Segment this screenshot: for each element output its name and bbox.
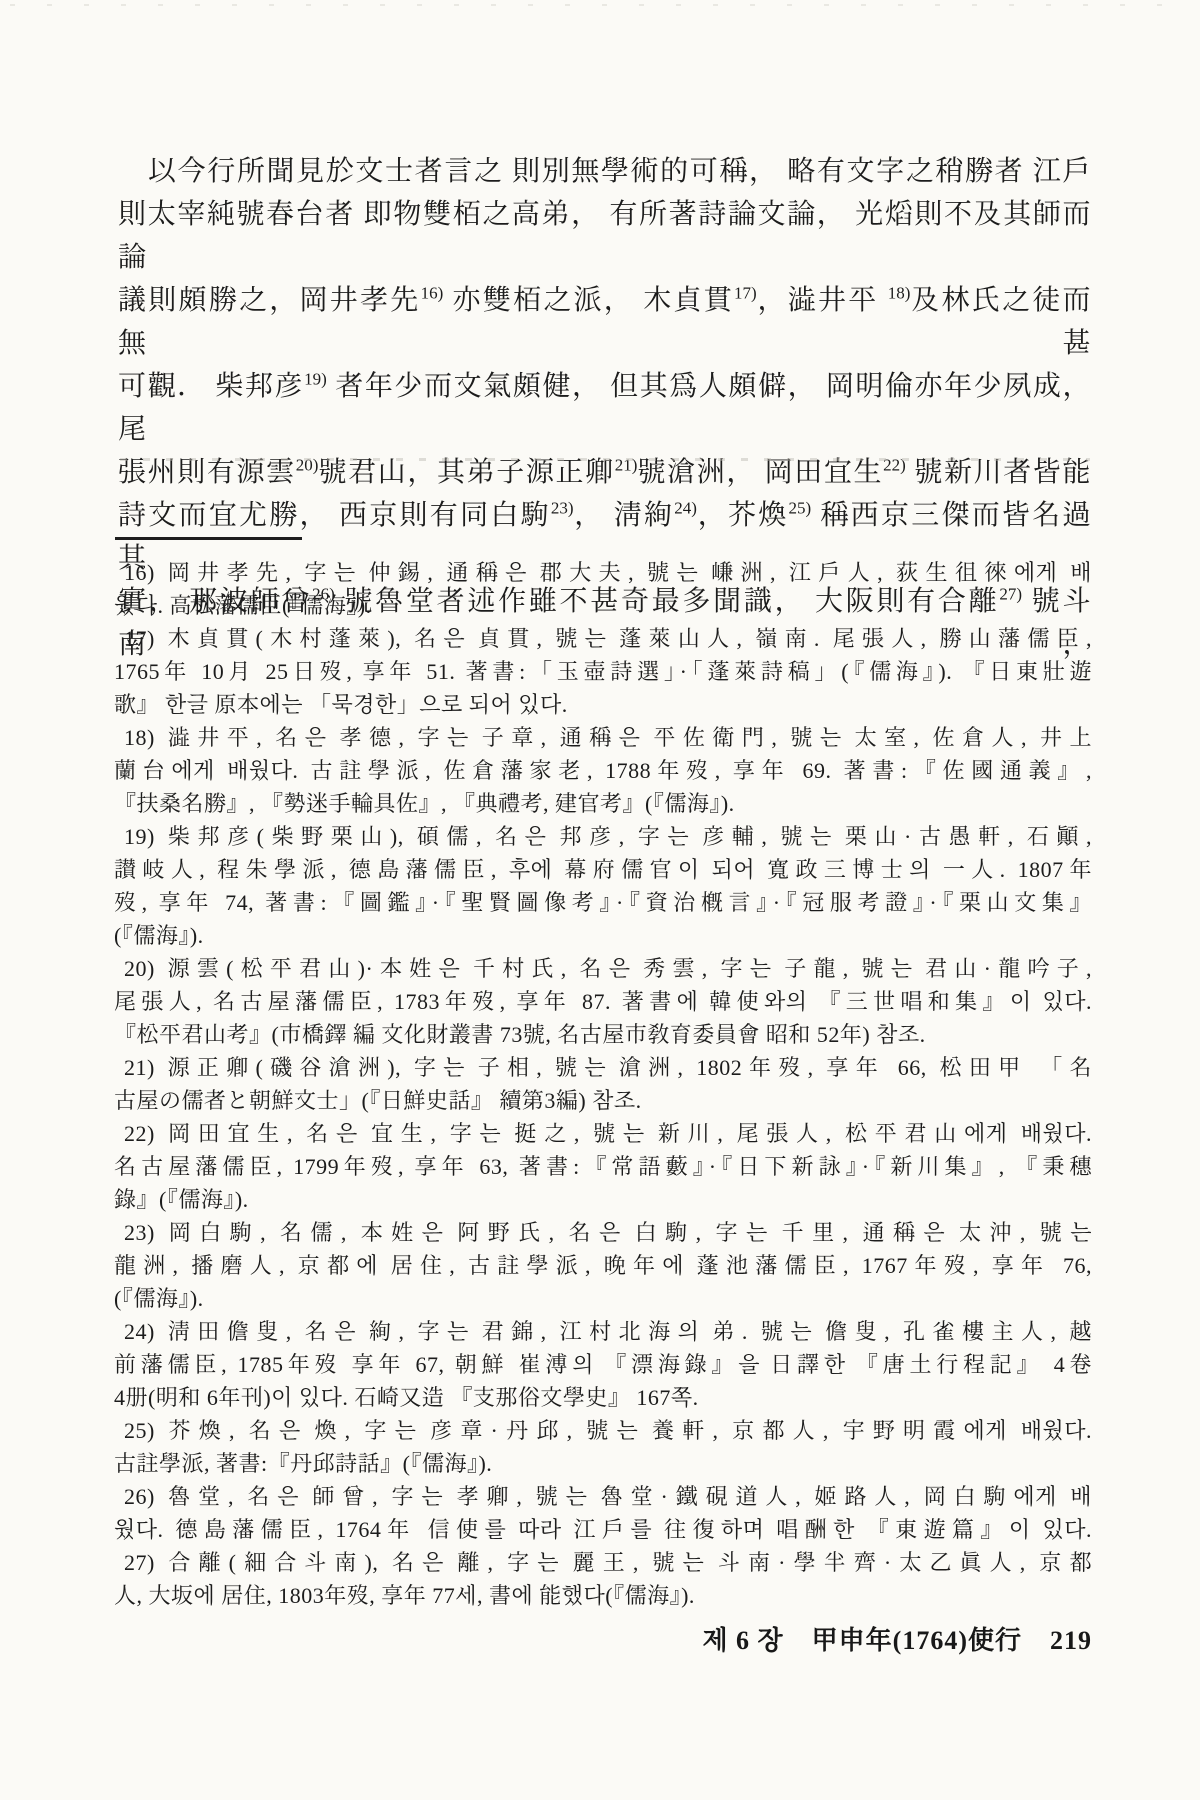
footnote-line: 『松平君山考』(市橋鐸 編 文化財叢書 73號, 名古屋市敎育委員會 昭和 52…	[114, 1018, 1092, 1051]
footnote-22: 22) 岡田宜生, 名은 宜生, 字는 挺之, 號는 新川, 尾張人, 松平君山…	[114, 1117, 1092, 1216]
text-segment: 則太宰純號春台者 即物雙栢之高弟， 有所著詩論文論， 光熖則不及其師而論	[118, 199, 1092, 273]
footer-title: 甲申年(1764)使行	[812, 1620, 1022, 1657]
footnote-line: 歿, 享年 74, 著書:『圖鑑』·『聖賢圖像考』·『資治槪言』·『冠服考證』·…	[114, 886, 1092, 919]
footnote-line: 4册(明和 6年刊)이 있다. 石崎又造 『支那俗文學史』 167쪽.	[114, 1381, 1092, 1414]
scanned-book-page: 以今行所聞見於文士者言之 則別無學術的可稱， 略有文字之稍勝者 江戶則太宰純號春…	[0, 0, 1200, 1800]
footnote-separator	[115, 537, 302, 540]
footnote-20: 20) 源雲(松平君山)·本姓은 千村氏, 名은 秀雲, 字는 子龍, 號는 君…	[114, 952, 1092, 1051]
footnote-line: 21) 源正卿(磯谷滄洲), 字는 子相, 號는 滄洲, 1802年歿, 享年 …	[114, 1051, 1092, 1084]
text-segment: ， 淸絢	[574, 500, 675, 531]
footnote-line: (『儒海』).	[114, 919, 1092, 952]
footnote-line: 蘭台에게 배웠다. 古註學派, 佐倉藩家老, 1788年歿, 享年 69. 著書…	[114, 754, 1092, 787]
footnote-line: 古註學派, 著書:『丹邱詩話』(『儒海』).	[114, 1447, 1092, 1480]
footnote-ref: 25)	[789, 499, 812, 518]
footnote-21: 21) 源正卿(磯谷滄洲), 字는 子相, 號는 滄洲, 1802年歿, 享年 …	[114, 1051, 1092, 1117]
footnote-line: 前藩儒臣, 1785年歿 享年 67, 朝鮮 崔溥의 『漂海錄』을 日譯한 『唐…	[114, 1348, 1092, 1381]
footnote-line: 19) 柴邦彦(柴野栗山), 碩儒, 名은 邦彦, 字는 彦輔, 號는 栗山·古…	[114, 820, 1092, 853]
footnote-line: 歌』 한글 原本에는 「묵경한」으로 되어 있다.	[114, 688, 1092, 721]
footnote-ref: 17)	[734, 284, 757, 303]
footnote-line: 『扶桑名勝』, 『勢迷手輪具佐』, 『典禮考, 建官考』(『儒海』).	[114, 787, 1092, 820]
text-segment: 可觀． 柴邦彦	[118, 371, 304, 402]
footnote-ref: 18)	[888, 284, 911, 303]
text-segment: 亦雙栢之派， 木貞貫	[443, 285, 734, 316]
footnote-26: 26) 魯堂, 名은 師曾, 字는 孝卿, 號는 魯堂·鐵硯道人, 姬路人, 岡…	[114, 1480, 1092, 1546]
footnote-ref: 16)	[421, 284, 444, 303]
footnote-line: (『儒海』).	[114, 1282, 1092, 1315]
footnote-17: 17) 木貞貫(木村蓬萊), 名은 貞貫, 號는 蓬萊山人, 嶺南. 尾張人, …	[114, 622, 1092, 721]
text-segment: 號君山，其弟子源正卿	[318, 457, 614, 488]
main-text-line: 則太宰純號春台者 即物雙栢之高弟， 有所著詩論文論， 光熖則不及其師而論	[118, 193, 1092, 279]
text-segment: 號新川者皆能	[906, 457, 1092, 488]
footnote-line: 1765年 10月 25日歿, 享年 51. 著書:「玉壺詩選」·「蓬萊詩稿」(…	[114, 655, 1092, 688]
footnote-line: 24) 淸田儋叟, 名은 絢, 字는 君錦, 江村北海의 弟. 號는 儋叟, 孔…	[114, 1315, 1092, 1348]
footer-page-number: 219	[1050, 1626, 1092, 1656]
footnote-24: 24) 淸田儋叟, 名은 絢, 字는 君錦, 江村北海의 弟. 號는 儋叟, 孔…	[114, 1315, 1092, 1414]
footnote-line: 웠다. 高松藩儒臣(『儒海』).	[114, 589, 1092, 622]
footnote-line: 20) 源雲(松平君山)·本姓은 千村氏, 名은 秀雲, 字는 子龍, 號는 君…	[114, 952, 1092, 985]
footer-chapter: 제 6 장	[702, 1620, 783, 1657]
footnote-ref: 19)	[304, 370, 327, 389]
scan-artifact-line	[120, 458, 1090, 461]
footnote-line: 人, 大坂에 居住, 1803年歿, 享年 77세, 書에 能했다(『儒海』).	[114, 1579, 1092, 1612]
footnote-19: 19) 柴邦彦(柴野栗山), 碩儒, 名은 邦彦, 字는 彦輔, 號는 栗山·古…	[114, 820, 1092, 952]
footnote-line: 17) 木貞貫(木村蓬萊), 名은 貞貫, 號는 蓬萊山人, 嶺南. 尾張人, …	[114, 622, 1092, 655]
footnote-line: 讃岐人, 程朱學派, 德島藩儒臣, 후에 幕府儒官이 되어 寬政三博士의 一人.…	[114, 853, 1092, 886]
text-segment: ，芥煥	[697, 500, 789, 531]
footnote-line: 18) 澁井平, 名은 孝德, 字는 子章, 通稱은 平佐衛門, 號는 太室, …	[114, 721, 1092, 754]
main-text-line: 議則頗勝之，岡井孝先16) 亦雙栢之派， 木貞貫17)，澁井平 18)及林氏之徒…	[118, 279, 1092, 365]
footnote-ref: 24)	[674, 499, 697, 518]
footnote-ref: 23)	[551, 499, 574, 518]
text-segment: 號滄洲， 岡田宜生	[637, 457, 883, 488]
footnote-line: 龍洲, 播磨人, 京都에 居住, 古註學派, 晚年에 蓬池藩儒臣, 1767年歿…	[114, 1249, 1092, 1282]
footnote-line: 錄』(『儒海』).	[114, 1183, 1092, 1216]
footnote-line: 26) 魯堂, 名은 師曾, 字는 孝卿, 號는 魯堂·鐵硯道人, 姬路人, 岡…	[114, 1480, 1092, 1513]
text-segment: 議則頗勝之，岡井孝先	[118, 285, 421, 316]
footnote-line: 古屋の儒者と朝鮮文士」(『日鮮史話』 續第3編) 참조.	[114, 1084, 1092, 1117]
text-segment: 以今行所聞見於文士者言之 則別無學術的可稱， 略有文字之稍勝者 江戶	[148, 156, 1092, 187]
text-segment: 張州則有源雲	[118, 457, 296, 488]
text-segment: ，澁井平	[757, 285, 888, 316]
footnote-line: 尾張人, 名古屋藩儒臣, 1783年歿, 享年 87. 著書에 韓使와의 『三世…	[114, 985, 1092, 1018]
text-segment: 詩文而宜尤勝， 西京則有同白駒	[118, 500, 551, 531]
main-text-line: 以今行所聞見於文士者言之 則別無學術的可稱， 略有文字之稍勝者 江戶	[118, 150, 1092, 193]
footnote-line: 25) 芥煥, 名은 煥, 字는 彦章·丹邱, 號는 養軒, 京都人, 宇野明霞…	[114, 1414, 1092, 1447]
main-text-line: 可觀． 柴邦彦19) 者年少而文氣頗健， 但其爲人頗僻， 岡明倫亦年少夙成， 尾	[118, 365, 1092, 451]
footnote-25: 25) 芥煥, 名은 煥, 字는 彦章·丹邱, 號는 養軒, 京都人, 宇野明霞…	[114, 1414, 1092, 1480]
footnote-23: 23) 岡白駒, 名儒, 本姓은 阿野氏, 名은 白駒, 字는 千里, 通稱은 …	[114, 1216, 1092, 1315]
footnote-line: 22) 岡田宜生, 名은 宜生, 字는 挺之, 號는 新川, 尾張人, 松平君山…	[114, 1117, 1092, 1150]
footnote-18: 18) 澁井平, 名은 孝德, 字는 子章, 通稱은 平佐衛門, 號는 太室, …	[114, 721, 1092, 820]
footnote-line: 名古屋藩儒臣, 1799年歿, 享年 63, 著書:『常語藪』·『日下新詠』·『…	[114, 1150, 1092, 1183]
footnote-16: 16) 岡井孝先, 字는 仲錫, 通稱은 郡大夫, 號는 嵰洲, 江戶人, 荻生…	[114, 556, 1092, 622]
footnote-line: 웠다. 德島藩儒臣, 1764年 信使를 따라 江戶를 往復하며 唱酬한 『東遊…	[114, 1513, 1092, 1546]
page-footer: 제 6 장 甲申年(1764)使行 219	[702, 1620, 1092, 1657]
scan-artifact-top	[10, 4, 1190, 6]
footnote-line: 23) 岡白駒, 名儒, 本姓은 阿野氏, 名은 白駒, 字는 千里, 通稱은 …	[114, 1216, 1092, 1249]
footnote-line: 27) 合離(細合斗南), 名은 離, 字는 麗王, 號는 斗南·學半齊·太乙眞…	[114, 1546, 1092, 1579]
footnotes-block: 16) 岡井孝先, 字는 仲錫, 通稱은 郡大夫, 號는 嵰洲, 江戶人, 荻生…	[114, 556, 1092, 1612]
footnote-line: 16) 岡井孝先, 字는 仲錫, 通稱은 郡大夫, 號는 嵰洲, 江戶人, 荻生…	[114, 556, 1092, 589]
footnote-27: 27) 合離(細合斗南), 名은 離, 字는 麗王, 號는 斗南·學半齊·太乙眞…	[114, 1546, 1092, 1612]
